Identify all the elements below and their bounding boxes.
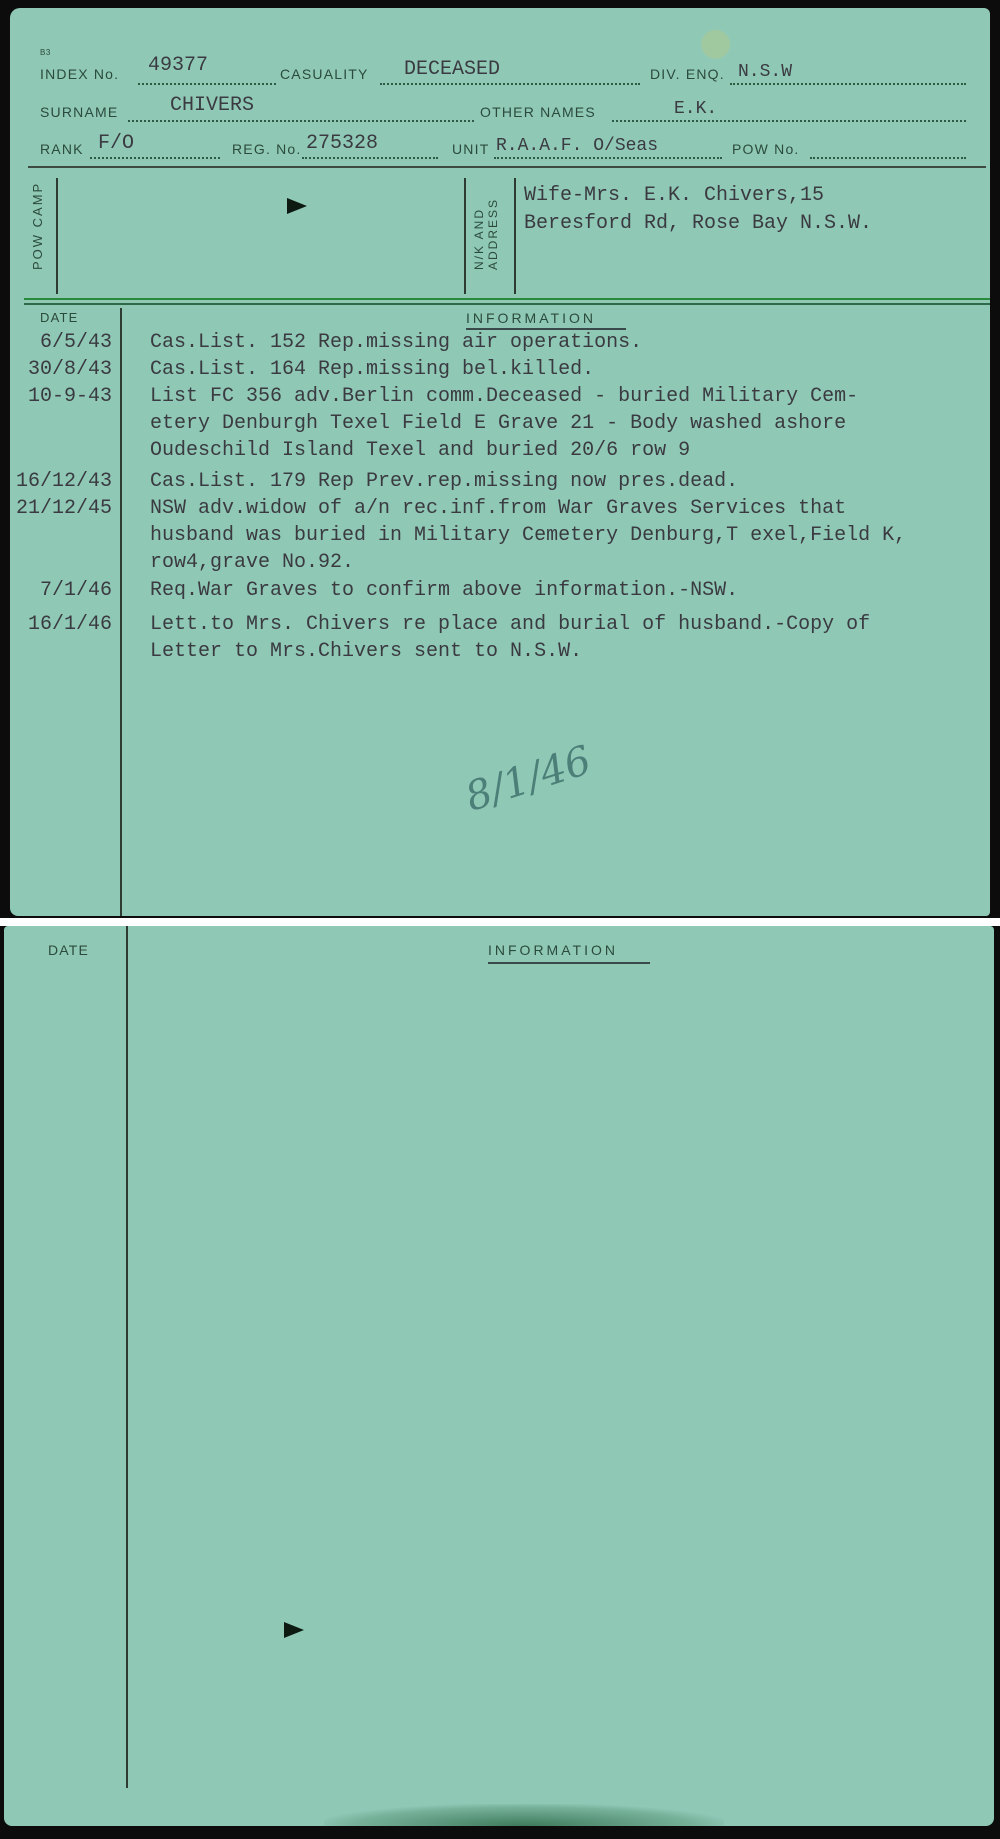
- nk-address-line-2: Beresford Rd, Rose Bay N.S.W.: [524, 212, 872, 235]
- unit-value: R.A.A.F. O/Seas: [496, 136, 658, 156]
- entry-date: 10-9-43: [4, 385, 112, 408]
- entry-text-line: Cas.List. 164 Rep.missing bel.killed.: [150, 358, 594, 381]
- back-information-underline: [488, 962, 650, 964]
- record-card-front: B3 INDEX No. 49377 CASUALITY DECEASED DI…: [10, 8, 990, 916]
- information-underline: [466, 328, 626, 330]
- back-information-header: INFORMATION: [488, 942, 618, 958]
- entry-date: 6/5/43: [4, 331, 112, 354]
- reg-no-label: REG. No.: [232, 141, 302, 157]
- entry-text-line: row4,grave No.92.: [150, 551, 354, 574]
- date-column-divider: [120, 308, 122, 916]
- casualty-value: DECEASED: [404, 58, 500, 81]
- entry-text-line: Lett.to Mrs. Chivers re place and burial…: [150, 613, 870, 636]
- pow-no-dots: [810, 157, 966, 159]
- record-card-back: DATE INFORMATION: [4, 926, 994, 1826]
- entry-text-line: List FC 356 adv.Berlin comm.Deceased - b…: [150, 385, 858, 408]
- form-code: B3: [40, 48, 51, 57]
- pow-no-label: POW No.: [732, 141, 800, 157]
- rank-label: RANK: [40, 141, 84, 157]
- index-dots: [138, 83, 276, 85]
- rank-value: F/O: [98, 132, 134, 155]
- header-divider: [28, 166, 986, 168]
- back-date-header: DATE: [48, 942, 89, 958]
- information-header: INFORMATION: [466, 310, 596, 326]
- casualty-dots: [380, 83, 640, 85]
- entry-text-line: Req.War Graves to confirm above informat…: [150, 579, 738, 602]
- other-names-value: E.K.: [674, 99, 717, 119]
- reg-no-value: 275328: [306, 132, 378, 155]
- nk-label: N/K AND ADDRESS: [472, 198, 500, 270]
- div-enq-dots: [730, 83, 966, 85]
- unit-dots: [494, 157, 722, 159]
- date-header: DATE: [40, 310, 79, 325]
- entry-text-line: NSW adv.widow of a/n rec.inf.from War Gr…: [150, 497, 846, 520]
- punch-hole-icon: [284, 1622, 304, 1638]
- punch-hole-icon: [287, 198, 307, 214]
- entry-text-line: etery Denburgh Texel Field E Grave 21 - …: [150, 412, 846, 435]
- entry-date: 30/8/43: [4, 358, 112, 381]
- card-separator: [0, 918, 1000, 926]
- nk-right-divider: [514, 178, 516, 294]
- back-date-column-divider: [126, 926, 128, 1788]
- unit-label: UNIT: [452, 141, 489, 157]
- div-enq-value: N.S.W: [738, 62, 792, 82]
- index-label: INDEX No.: [40, 66, 119, 82]
- entry-text-line: Cas.List. 152 Rep.missing air operations…: [150, 331, 642, 354]
- div-enq-label: DIV. ENQ.: [650, 66, 725, 82]
- entry-date: 7/1/46: [4, 579, 112, 602]
- section-rule-bottom: [24, 303, 990, 305]
- rank-dots: [90, 157, 220, 159]
- casualty-label: CASUALITY: [280, 66, 369, 82]
- pow-camp-divider: [56, 178, 58, 294]
- entry-date: 16/1/46: [4, 613, 112, 636]
- nk-label-line1: N/K AND: [472, 208, 486, 270]
- reg-no-dots: [302, 157, 438, 159]
- nk-label-line2: ADDRESS: [486, 198, 500, 270]
- entry-date: 21/12/45: [4, 497, 112, 520]
- entry-text-line: husband was buried in Military Cemetery …: [150, 524, 906, 547]
- other-names-label: OTHER NAMES: [480, 104, 596, 120]
- index-value: 49377: [148, 54, 208, 77]
- entry-date: 16/12/43: [4, 470, 112, 493]
- pow-camp-label: POW CAMP: [30, 182, 45, 270]
- nk-left-divider: [464, 178, 466, 294]
- other-names-dots: [612, 120, 966, 122]
- card-wear-mark: [324, 1804, 724, 1826]
- entry-text-line: Oudeschild Island Texel and buried 20/6 …: [150, 439, 690, 462]
- surname-dots: [128, 120, 474, 122]
- section-rule-top: [24, 298, 990, 300]
- entry-text-line: Letter to Mrs.Chivers sent to N.S.W.: [150, 640, 582, 663]
- surname-value: CHIVERS: [170, 94, 254, 117]
- nk-address-line-1: Wife-Mrs. E.K. Chivers,15: [524, 184, 824, 207]
- entry-text-line: Cas.List. 179 Rep Prev.rep.missing now p…: [150, 470, 738, 493]
- handwritten-note: 8/1/46: [460, 737, 597, 821]
- surname-label: SURNAME: [40, 104, 118, 120]
